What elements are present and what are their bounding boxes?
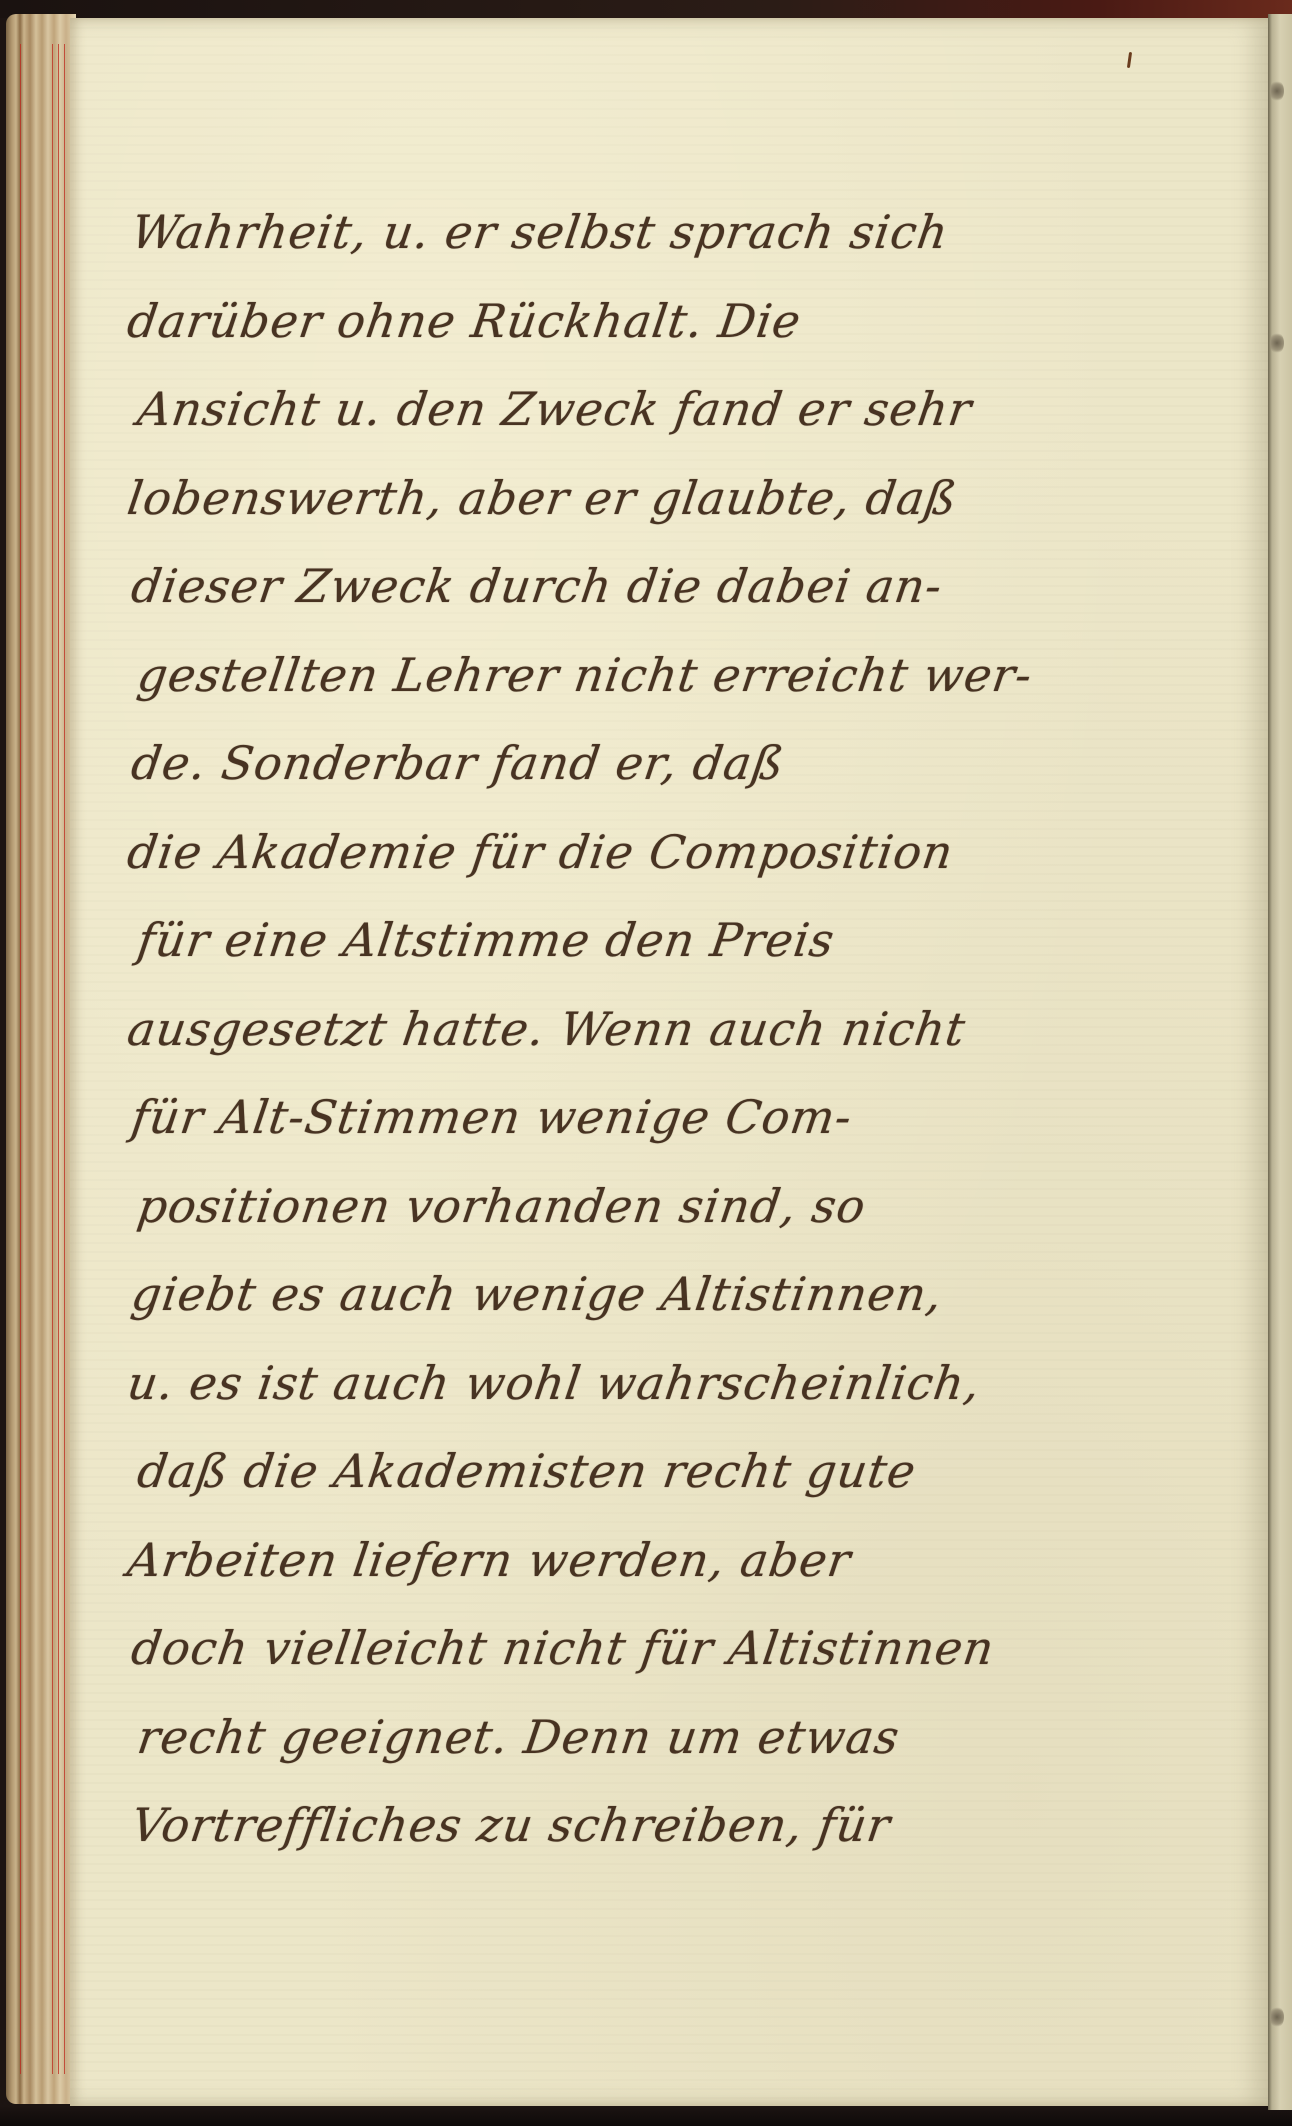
red-edge-stain	[20, 44, 21, 2074]
text-line: u. es ist auch wohl wahrscheinlich,	[122, 1339, 1244, 1428]
red-edge-stain	[58, 44, 59, 2074]
text-line: positionen vorhanden sind, so	[122, 1162, 1244, 1251]
page-edges-left	[6, 14, 76, 2104]
manuscript-scan: Wahrheit, u. er selbst sprach sich darüb…	[0, 0, 1292, 2126]
text-line: doch vielleicht nicht für Altistinnen	[122, 1604, 1244, 1693]
text-line: Vortreffliches zu schreiben, für	[122, 1781, 1244, 1870]
handwritten-text-block: Wahrheit, u. er selbst sprach sich darüb…	[128, 188, 1238, 1870]
text-line: gestellten Lehrer nicht erreicht wer-	[122, 631, 1244, 720]
text-line: recht geeignet. Denn um etwas	[122, 1693, 1244, 1782]
text-line: darüber ohne Rückhalt. Die	[122, 277, 1244, 366]
text-line: Wahrheit, u. er selbst sprach sich	[122, 188, 1244, 277]
text-line: Ansicht u. den Zweck fand er sehr	[122, 365, 1244, 454]
manuscript-page: Wahrheit, u. er selbst sprach sich darüb…	[70, 18, 1268, 2106]
text-line: lobenswerth, aber er glaubte, daß	[122, 454, 1244, 543]
text-line: Arbeiten liefern werden, aber	[122, 1516, 1244, 1605]
binding-stitch	[1270, 80, 1284, 102]
text-line: de. Sonderbar fand er, daß	[122, 719, 1244, 808]
red-edge-stain	[64, 44, 65, 2074]
scan-background-top	[0, 0, 1292, 18]
text-line: für eine Altstimme den Preis	[122, 896, 1244, 985]
red-edge-stain	[52, 44, 53, 2074]
text-line: für Alt-Stimmen wenige Com-	[122, 1073, 1244, 1162]
binding-gutter	[1268, 14, 1292, 2110]
text-line: die Akademie für die Composition	[122, 808, 1244, 897]
ink-speck	[1127, 52, 1132, 68]
binding-stitch	[1270, 332, 1284, 354]
text-line: daß die Akademisten recht gute	[122, 1427, 1244, 1516]
text-line: giebt es auch wenige Altistinnen,	[122, 1250, 1244, 1339]
text-line: ausgesetzt hatte. Wenn auch nicht	[122, 985, 1244, 1074]
binding-stitch	[1270, 2006, 1284, 2028]
text-line: dieser Zweck durch die dabei an-	[122, 542, 1244, 631]
